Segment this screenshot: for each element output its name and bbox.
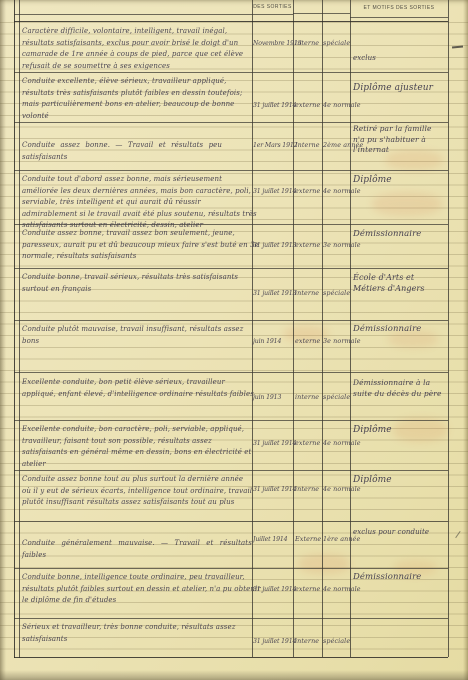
exit-date: juin 1913 (253, 392, 293, 404)
regime-interne-externe: externe (295, 240, 322, 252)
appreciation-text: Conduite excellente, élève sérieux, trav… (22, 76, 254, 122)
exit-motif: Démissionnaire à la suite du décès du pè… (353, 378, 445, 399)
exit-motif: exclus (353, 53, 445, 63)
classe-division: spéciale (323, 392, 350, 404)
classe-division: 4e normale (323, 186, 350, 198)
appreciation-text: Conduite généralement mauvaise. — Travai… (22, 538, 267, 561)
exit-date: 31 juillet 1914 (253, 636, 293, 648)
appreciation-text: Conduite assez bonne. — Travail et résul… (22, 140, 262, 163)
grid-horizontal-line (14, 420, 448, 421)
grid-horizontal-line (14, 372, 448, 373)
grid-vertical-line (322, 0, 323, 657)
appreciation-text: Conduite assez bonne, travail assez bon … (22, 228, 262, 263)
appreciation-text: Conduite bonne, intelligence toute ordin… (22, 572, 267, 607)
exit-motif: Démissionnaire (353, 572, 445, 584)
grid-horizontal-line (14, 14, 293, 15)
appreciation-text: Caractère difficile, volontaire, intelli… (22, 26, 256, 72)
grid-vertical-line (14, 0, 15, 658)
exit-date: 31 juillet 1914 (253, 484, 293, 496)
classe-division: 1ère année (323, 534, 350, 546)
classe-division: 4e normale (323, 100, 350, 112)
exit-date: 31 juillet 1914 (253, 438, 293, 450)
regime-interne-externe: externe (295, 584, 322, 596)
appreciation-text: Excellente conduite, bon petit élève sér… (22, 377, 254, 400)
exit-date: 31 juillet 1913 (253, 288, 293, 300)
exit-motif: exclus pour conduite (353, 527, 445, 537)
grid-horizontal-line (14, 21, 448, 22)
grid-horizontal-line (350, 17, 448, 18)
grid-horizontal-line (14, 657, 448, 658)
grid-horizontal-line (14, 521, 448, 522)
regime-interne-externe: interne (295, 484, 322, 496)
regime-interne-externe: externe (295, 336, 322, 348)
grid-horizontal-line (14, 268, 448, 269)
classe-division: 3e normale (323, 336, 350, 348)
classe-division: 4e normale (323, 484, 350, 496)
regime-interne-externe: externe (295, 100, 322, 112)
column-header-dates-sorties: DES SORTIES (252, 4, 293, 10)
exit-motif: Diplôme ajusteur (353, 82, 445, 94)
regime-interne-externe: interne (295, 392, 322, 404)
page-bottom-shadow (0, 670, 468, 680)
page-left-edge-shadow (0, 0, 6, 680)
exit-date: 1er Mars 1912 (253, 140, 293, 152)
classe-division: 4e normale (323, 584, 350, 596)
exit-date: juin 1914 (253, 336, 293, 348)
grid-horizontal-line (14, 568, 448, 569)
regime-interne-externe: Externe (295, 534, 322, 546)
classe-division: 4e normale (323, 438, 350, 450)
grid-vertical-line (19, 0, 20, 658)
margin-dash-mark (452, 46, 463, 49)
exit-motif: Démissionnaire (353, 324, 445, 336)
grid-horizontal-line (14, 320, 448, 321)
exit-date: 31 juillet 1914 (253, 584, 293, 596)
regime-interne-externe: interne (295, 288, 322, 300)
appreciation-text: Conduite bonne, travail sérieux, résulta… (22, 272, 262, 295)
regime-interne-externe: Interne (295, 140, 322, 152)
exit-date: Novembre 1913 (253, 38, 293, 50)
margin-slash-mark (455, 531, 461, 538)
exit-date: 31 juillet 1914 (253, 186, 293, 198)
exit-motif: Diplôme (353, 424, 445, 436)
column-header-motifs-sorties: ET MOTIFS DES SORTIES (350, 5, 448, 11)
page-right-edge-shadow (463, 0, 468, 680)
exit-motif: Diplôme (353, 174, 445, 186)
exit-date: Juillet 1914 (253, 534, 293, 546)
grid-horizontal-line (14, 170, 448, 171)
exit-motif: Démissionnaire (353, 229, 445, 241)
exit-motif: Retiré par la famille n'a pu s'habituer … (353, 124, 445, 156)
grid-vertical-line (350, 0, 351, 657)
exit-date: 31 juillet 1913 (253, 240, 293, 252)
classe-division: 3e normale (323, 240, 350, 252)
classe-division: spéciale (323, 38, 350, 50)
grid-vertical-line (293, 0, 294, 657)
appreciation-text: Excellente conduite, bon caractère, poli… (22, 424, 254, 470)
grid-horizontal-line (293, 13, 350, 14)
classe-division: spéciale (323, 636, 350, 648)
classe-division: 2ème année (323, 140, 350, 152)
regime-interne-externe: interne (295, 38, 322, 50)
appreciation-text: Conduite assez bonne tout au plus surtou… (22, 474, 254, 509)
bleed-through-smudge (298, 554, 350, 574)
exit-date: 31 juillet 1914 (253, 100, 293, 112)
appreciation-text: Sérieux et travailleur, très bonne condu… (22, 622, 262, 645)
classe-division: spéciale (323, 288, 350, 300)
scanned-register-page: DES SORTIES ET MOTIFS DES SORTIES Caract… (0, 0, 468, 680)
grid-horizontal-line (14, 618, 448, 619)
grid-vertical-line (448, 0, 449, 657)
appreciation-text: Conduite tout d'abord assez bonne, mais … (22, 174, 258, 232)
exit-motif: École d'Arts et Métiers d'Angers (353, 272, 445, 294)
regime-interne-externe: externe (295, 438, 322, 450)
bleed-through-smudge (372, 192, 442, 216)
exit-motif: Diplôme (353, 474, 445, 486)
appreciation-text: Conduite plutôt mauvaise, travail insuff… (22, 324, 262, 347)
regime-interne-externe: interne (295, 636, 322, 648)
regime-interne-externe: externe (295, 186, 322, 198)
